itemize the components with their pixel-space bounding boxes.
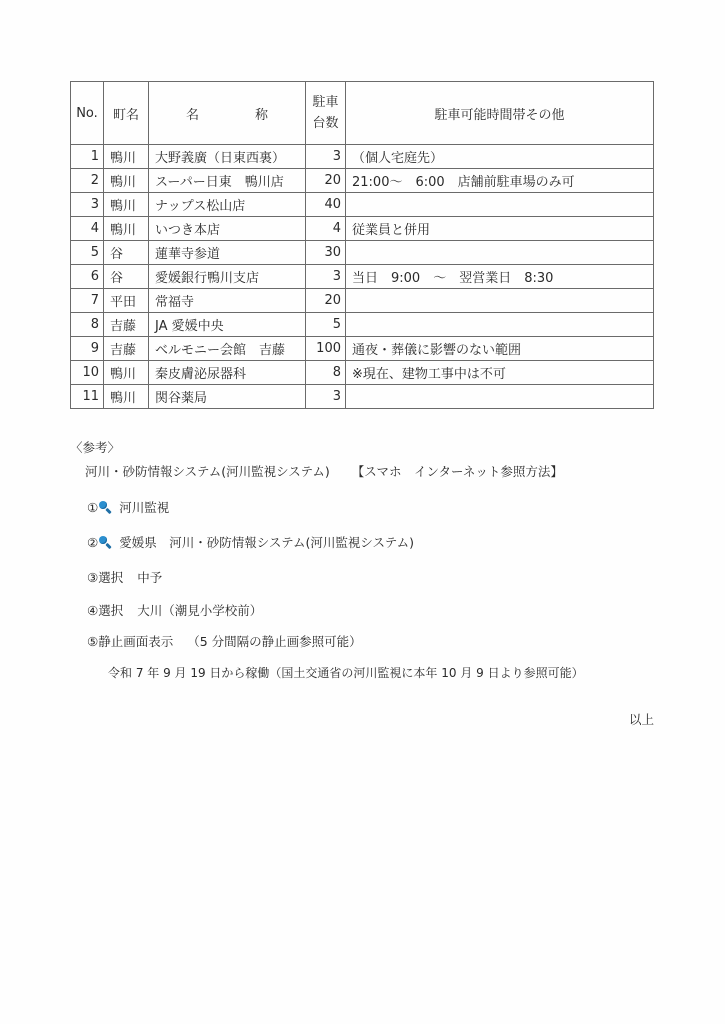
header-name: 名称 bbox=[149, 82, 306, 145]
cell-name: 大野義廣（日東西裏） bbox=[149, 145, 306, 169]
cell-no: 4 bbox=[71, 217, 104, 241]
cell-count: 3 bbox=[306, 145, 346, 169]
table-row: 8 吉藤 JA 愛媛中央 5 bbox=[71, 313, 654, 337]
cell-count: 3 bbox=[306, 385, 346, 409]
cell-town: 平田 bbox=[104, 289, 149, 313]
cell-count: 3 bbox=[306, 265, 346, 289]
cell-count: 20 bbox=[306, 289, 346, 313]
table-row: 7 平田 常福寺 20 bbox=[71, 289, 654, 313]
header-name-right: 称 bbox=[255, 108, 268, 123]
cell-count: 5 bbox=[306, 313, 346, 337]
cell-name: スーパー日東 鴨川店 bbox=[149, 169, 306, 193]
cell-no: 1 bbox=[71, 145, 104, 169]
table-row: 3 鴨川 ナップス松山店 40 bbox=[71, 193, 654, 217]
cell-note bbox=[346, 313, 654, 337]
cell-town: 鴨川 bbox=[104, 217, 149, 241]
step-text: 中予 bbox=[137, 570, 162, 585]
header-note: 駐車可能時間帯その他 bbox=[346, 82, 654, 145]
step-4: ④選択大川（潮見小学校前） bbox=[87, 601, 262, 619]
cell-no: 7 bbox=[71, 289, 104, 313]
cell-town: 鴨川 bbox=[104, 385, 149, 409]
table-row: 4 鴨川 いつき本店 4 従業員と併用 bbox=[71, 217, 654, 241]
cell-name: 愛媛銀行鴨川支店 bbox=[149, 265, 306, 289]
cell-note bbox=[346, 289, 654, 313]
table-row: 6 谷 愛媛銀行鴨川支店 3 当日 9:00 ～ 翌営業日 8:30 bbox=[71, 265, 654, 289]
cell-note: 21:00～ 6:00 店舗前駐車場のみ可 bbox=[346, 169, 654, 193]
table-row: 10 鴨川 秦皮膚泌尿器科 8 ※現在、建物工事中は不可 bbox=[71, 361, 654, 385]
table-row: 11 鴨川 関谷薬局 3 bbox=[71, 385, 654, 409]
step-3: ③選択中予 bbox=[87, 568, 162, 586]
cell-note: 当日 9:00 ～ 翌営業日 8:30 bbox=[346, 265, 654, 289]
cell-name: JA 愛媛中央 bbox=[149, 313, 306, 337]
cell-no: 3 bbox=[71, 193, 104, 217]
header-count-line2: 台数 bbox=[312, 116, 338, 131]
header-name-left: 名 bbox=[186, 108, 199, 123]
cell-name: ナップス松山店 bbox=[149, 193, 306, 217]
table-row: 9 吉藤 ベルモニー会館 吉藤 100 通夜・葬儀に影響のない範囲 bbox=[71, 337, 654, 361]
cell-no: 8 bbox=[71, 313, 104, 337]
cell-town: 吉藤 bbox=[104, 313, 149, 337]
cell-no: 11 bbox=[71, 385, 104, 409]
header-no: No. bbox=[71, 82, 104, 145]
cell-town: 鴨川 bbox=[104, 193, 149, 217]
document-page: No. 町名 名称 駐車台数 駐車可能時間帯その他 1 鴨川 大野義廣（日東西裏… bbox=[0, 0, 725, 1024]
cell-name: 関谷薬局 bbox=[149, 385, 306, 409]
step-marker: ① bbox=[87, 500, 98, 515]
parking-table: No. 町名 名称 駐車台数 駐車可能時間帯その他 1 鴨川 大野義廣（日東西裏… bbox=[70, 81, 654, 409]
cell-count: 40 bbox=[306, 193, 346, 217]
cell-no: 2 bbox=[71, 169, 104, 193]
step-5: ⑤静止画面表示（5 分間隔の静止画参照可能） bbox=[87, 632, 362, 650]
step-marker: ⑤ bbox=[87, 634, 98, 649]
search-icon bbox=[99, 501, 112, 514]
cell-note bbox=[346, 385, 654, 409]
cell-town: 谷 bbox=[104, 241, 149, 265]
header-count: 駐車台数 bbox=[306, 82, 346, 145]
step-marker: ③ bbox=[87, 570, 98, 585]
cell-name: 秦皮膚泌尿器科 bbox=[149, 361, 306, 385]
header-town: 町名 bbox=[104, 82, 149, 145]
step-marker: ② bbox=[87, 535, 98, 550]
step-marker: ④ bbox=[87, 603, 98, 618]
cell-count: 8 bbox=[306, 361, 346, 385]
cell-count: 100 bbox=[306, 337, 346, 361]
cell-count: 4 bbox=[306, 217, 346, 241]
table-row: 2 鴨川 スーパー日東 鴨川店 20 21:00～ 6:00 店舗前駐車場のみ可 bbox=[71, 169, 654, 193]
cell-town: 谷 bbox=[104, 265, 149, 289]
step-label: 選択 bbox=[98, 570, 123, 585]
cell-note: 従業員と併用 bbox=[346, 217, 654, 241]
header-count-line1: 駐車 bbox=[312, 95, 338, 110]
reference-system-line: 河川・砂防情報システム(河川監視システム)【スマホ インターネット参照方法】 bbox=[85, 462, 563, 480]
step-label: 選択 bbox=[98, 603, 123, 618]
step-text: 愛媛県 河川・砂防情報システム(河川監視システム) bbox=[119, 535, 414, 550]
cell-no: 6 bbox=[71, 265, 104, 289]
method-title: 【スマホ インターネット参照方法】 bbox=[352, 464, 563, 479]
step-text: 大川（潮見小学校前） bbox=[137, 603, 262, 618]
system-name: 河川・砂防情報システム(河川監視システム) bbox=[85, 464, 330, 479]
cell-note: 通夜・葬儀に影響のない範囲 bbox=[346, 337, 654, 361]
cell-no: 10 bbox=[71, 361, 104, 385]
table-header-row: No. 町名 名称 駐車台数 駐車可能時間帯その他 bbox=[71, 82, 654, 145]
step-1: ①河川監視 bbox=[87, 498, 169, 516]
cell-note bbox=[346, 241, 654, 265]
cell-town: 鴨川 bbox=[104, 145, 149, 169]
cell-name: 蓮華寺参道 bbox=[149, 241, 306, 265]
cell-town: 鴨川 bbox=[104, 361, 149, 385]
cell-count: 30 bbox=[306, 241, 346, 265]
cell-name: 常福寺 bbox=[149, 289, 306, 313]
search-icon bbox=[99, 536, 112, 549]
cell-count: 20 bbox=[306, 169, 346, 193]
cell-note: ※現在、建物工事中は不可 bbox=[346, 361, 654, 385]
step-2: ②愛媛県 河川・砂防情報システム(河川監視システム) bbox=[87, 533, 414, 551]
table-row: 1 鴨川 大野義廣（日東西裏） 3 （個人宅庭先） bbox=[71, 145, 654, 169]
cell-no: 5 bbox=[71, 241, 104, 265]
cell-note bbox=[346, 193, 654, 217]
step-label: 静止画面表示 bbox=[98, 634, 173, 649]
reference-heading: 〈参考〉 bbox=[70, 438, 120, 456]
cell-name: ベルモニー会館 吉藤 bbox=[149, 337, 306, 361]
step-text: （5 分間隔の静止画参照可能） bbox=[187, 634, 361, 649]
table-row: 5 谷 蓮華寺参道 30 bbox=[71, 241, 654, 265]
cell-town: 吉藤 bbox=[104, 337, 149, 361]
cell-no: 9 bbox=[71, 337, 104, 361]
cell-note: （個人宅庭先） bbox=[346, 145, 654, 169]
step-text: 河川監視 bbox=[119, 500, 169, 515]
closing-text: 以上 bbox=[629, 710, 654, 728]
cell-name: いつき本店 bbox=[149, 217, 306, 241]
cell-town: 鴨川 bbox=[104, 169, 149, 193]
operation-note: 令和 7 年 9 月 19 日から稼働（国土交通省の河川監視に本年 10 月 9… bbox=[108, 664, 584, 681]
